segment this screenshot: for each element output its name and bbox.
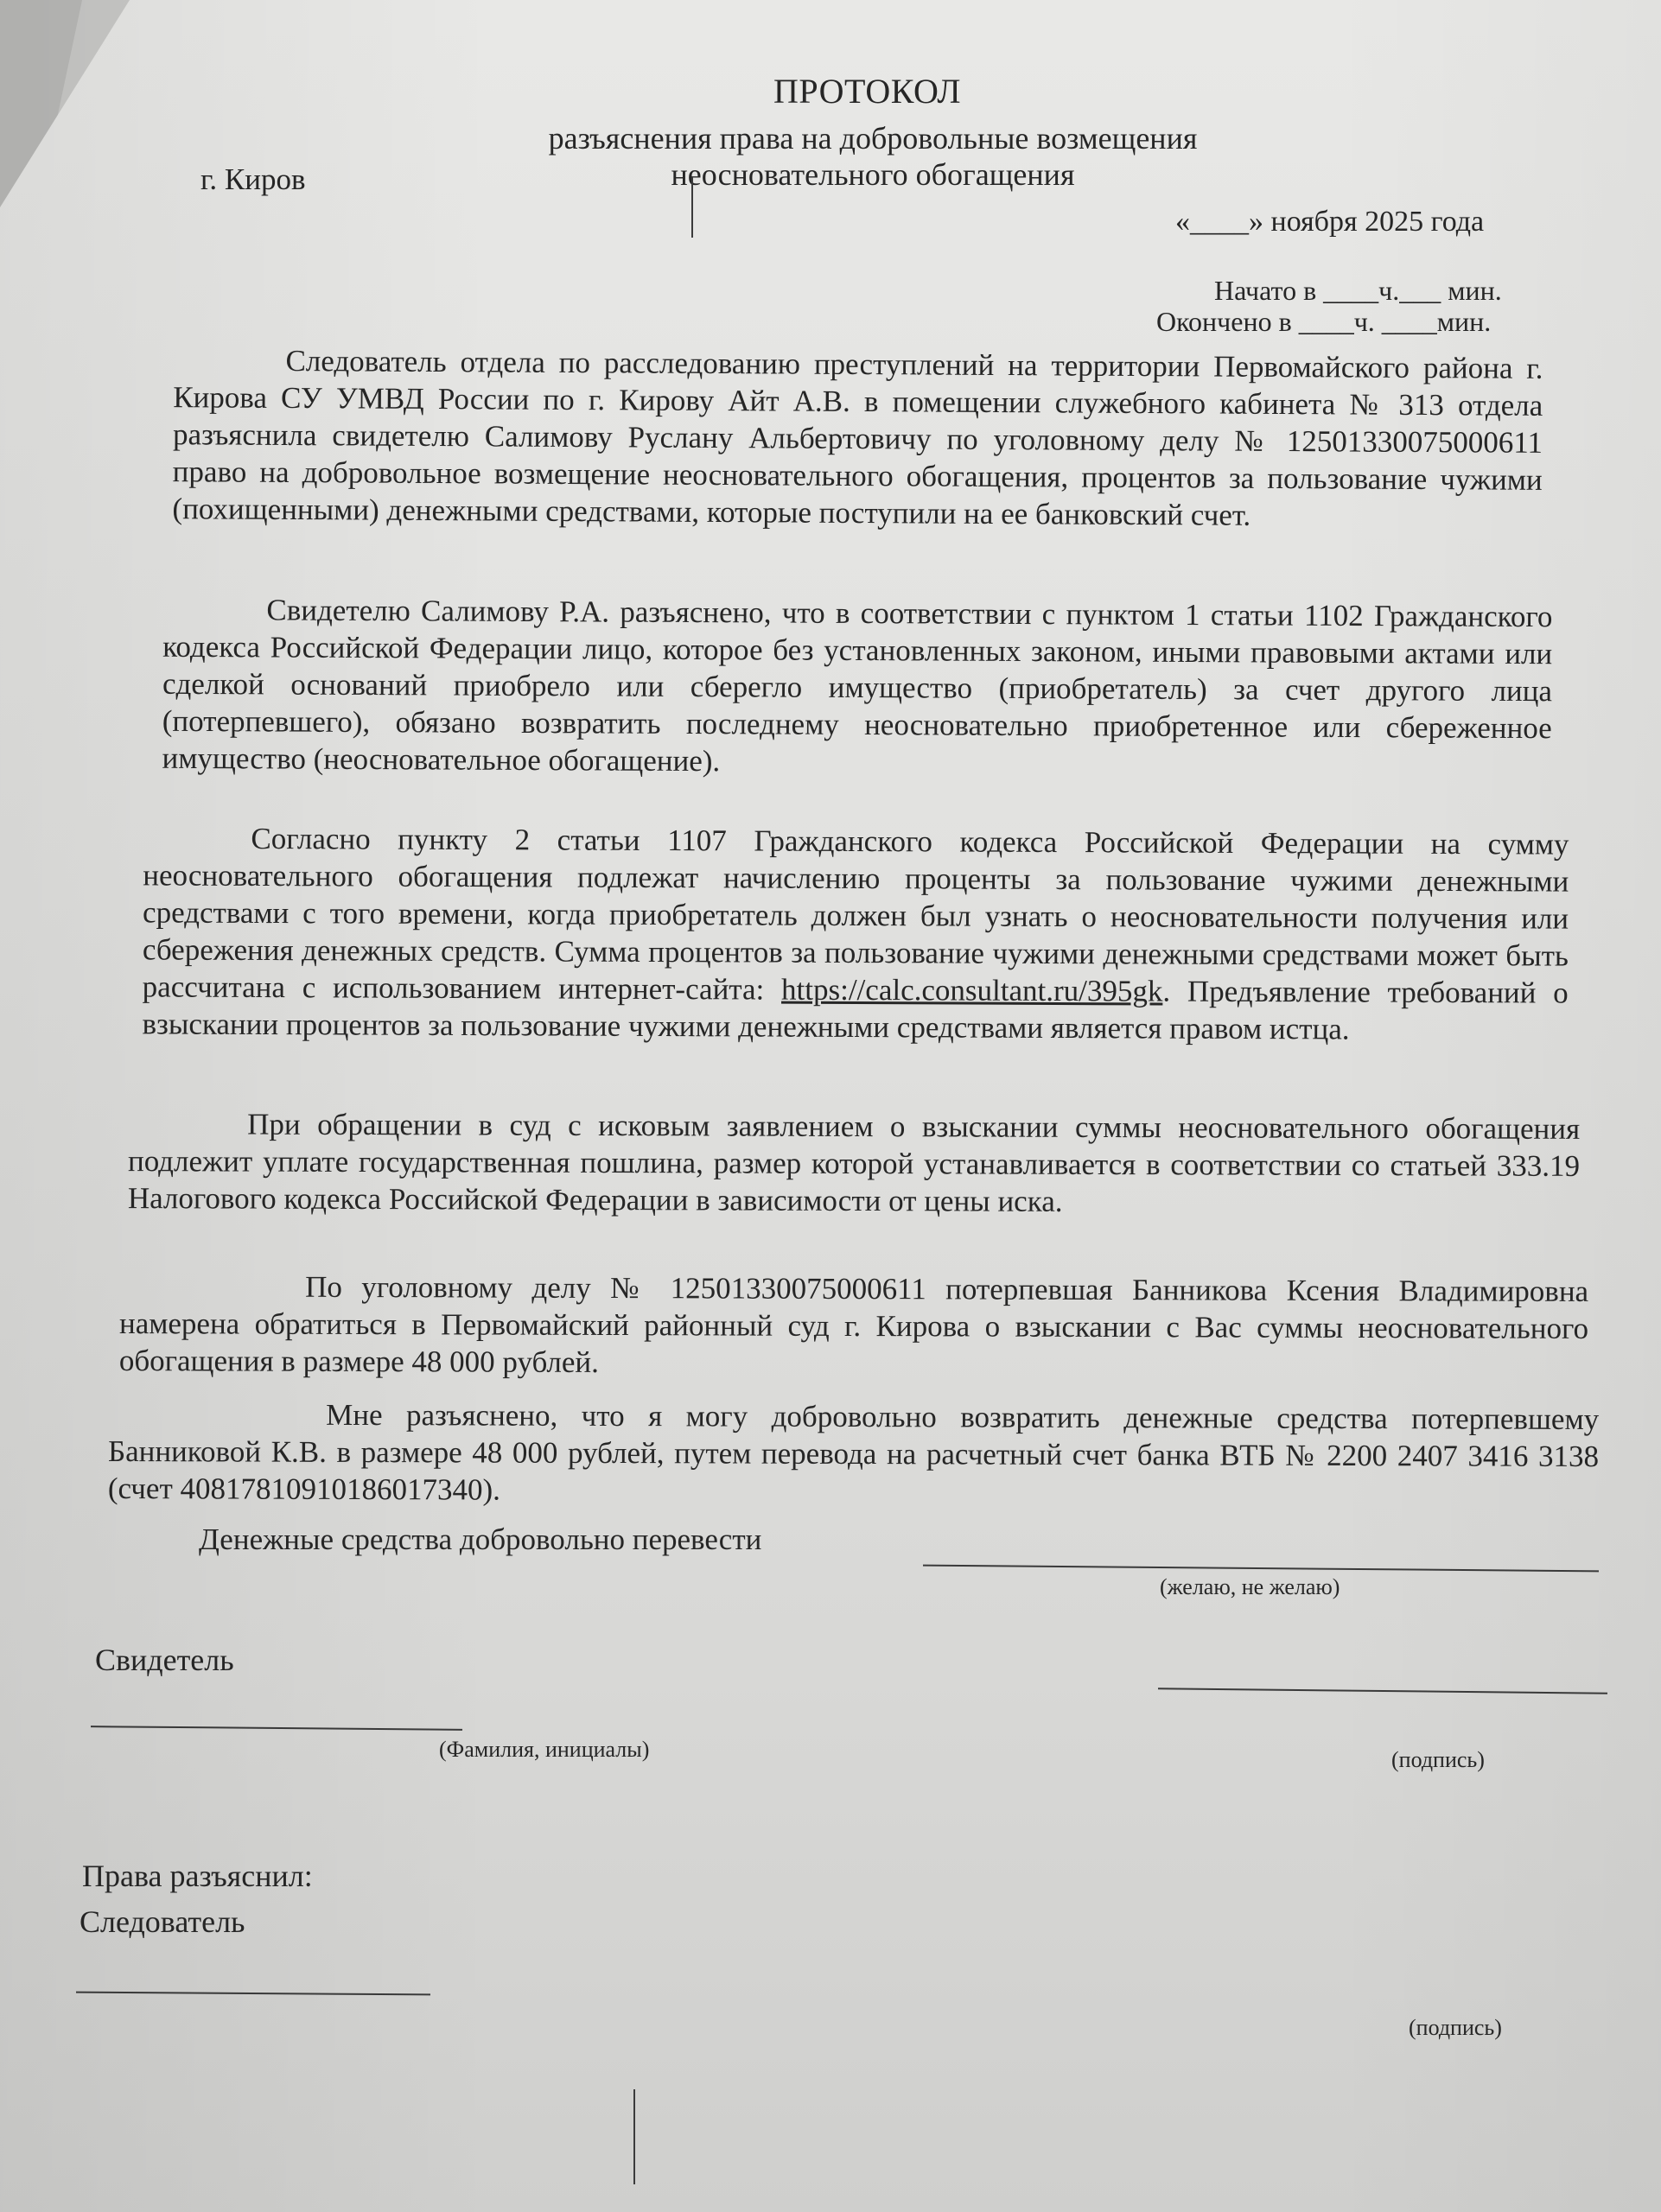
witness-signature-field[interactable] [1158,1688,1607,1694]
paragraph-victim-claim: По уголовному делу № 12501330075000611 п… [119,1268,1588,1384]
signature-caption-witness: (подпись) [1391,1747,1485,1773]
document-date: «____» ноября 2025 года [1175,206,1484,238]
investigator-label: Следователь [80,1904,245,1940]
document-subtitle-line2: неосновательного обогащения [449,157,1296,192]
witness-name-field[interactable] [91,1726,462,1731]
paragraph-voluntary-return: Мне разъяснено, что я могу добровольно в… [108,1395,1599,1512]
fold-mark [691,177,693,238]
document-subtitle-line1: разъяснения права на добровольные возмещ… [449,121,1296,156]
city: г. Киров [200,162,306,197]
investigator-signature-field[interactable] [76,1992,430,1996]
paragraph-article-1102: Свидетелю Салимову Р.А. разъяснено, что … [162,591,1552,784]
transfer-decision-field[interactable] [923,1565,1599,1573]
paragraph-state-duty: При обращении в суд с исковым заявлением… [128,1105,1580,1222]
document-title: ПРОТОКОЛ [773,71,961,111]
protocol-document: ПРОТОКОЛ разъяснения права на добровольн… [0,0,1661,2212]
transfer-decision-label: Денежные средства добровольно перевести [199,1522,761,1557]
start-time: Начато в ____ч.___ мин. [1214,275,1502,307]
name-caption: (Фамилия, инициалы) [439,1737,649,1763]
paragraph-intro: Следователь отдела по расследованию прес… [172,341,1543,536]
rights-explained-label: Права разъяснил: [82,1858,313,1894]
signature-caption-investigator: (подпись) [1409,2015,1502,2041]
witness-label: Свидетель [95,1642,234,1678]
wish-caption: (желаю, не желаю) [1160,1574,1340,1600]
calc-consultant-link[interactable]: https://calc.consultant.ru/395gk [781,973,1162,1008]
end-time: Окончено в ____ч. ____мин. [1156,306,1491,338]
paragraph-article-1107: Согласно пункту 2 статьи 1107 Гражданско… [142,819,1569,1048]
fold-mark [633,2089,635,2184]
